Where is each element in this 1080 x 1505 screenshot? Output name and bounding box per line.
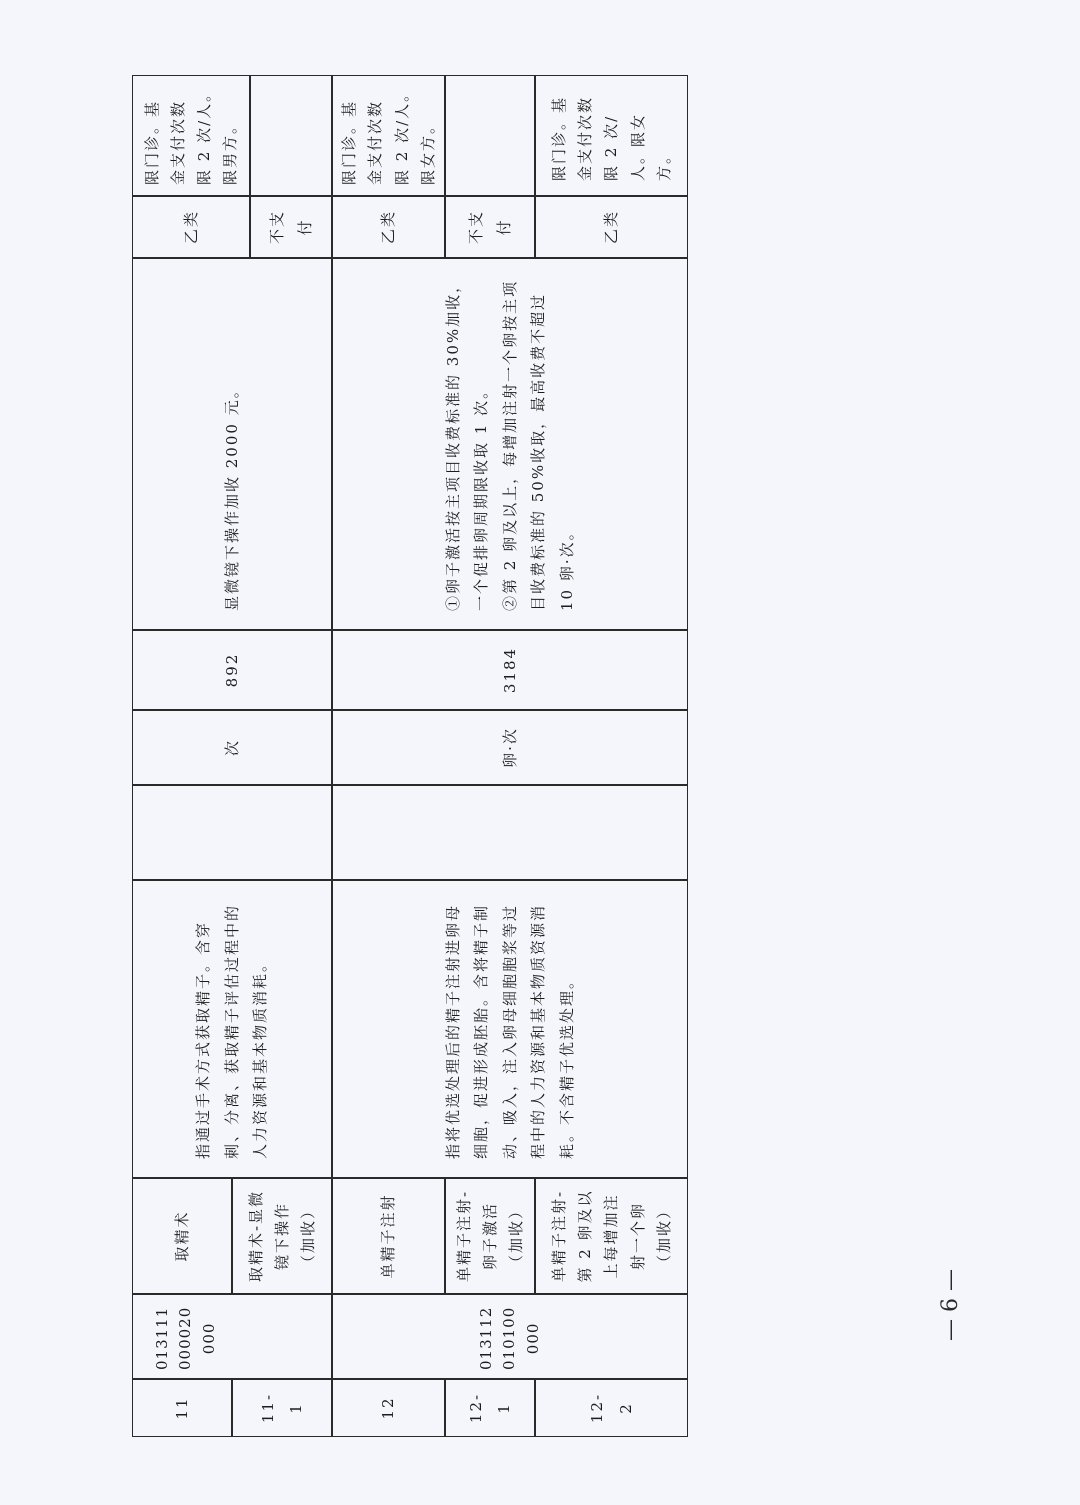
cell-excluded	[332, 785, 688, 880]
cell-note: 显微镜下操作加收 2000 元。	[132, 258, 332, 630]
cell-category: 不支付	[445, 196, 535, 258]
cell-no: 12	[332, 1379, 445, 1437]
cell-category: 乙类	[535, 196, 688, 258]
cell-limit: 限门诊。基金支付次数限 2 次/人。限女方。	[535, 75, 688, 196]
cell-category: 不支付	[250, 196, 332, 258]
cell-unit: 次	[132, 710, 332, 785]
cell-content: 指将优选处理后的精子注射进卵母细胞，促进形成胚胎。含将精子制动、吸入，注入卵母细…	[332, 880, 688, 1178]
cell-name: 单精子注射	[332, 1178, 445, 1294]
cell-no: 11	[132, 1379, 232, 1437]
cell-price: 892	[132, 630, 332, 710]
cell-limit: 限门诊。基金支付次数限 2 次/人。限女方。	[332, 75, 445, 196]
cell-no: 12-1	[445, 1379, 535, 1437]
cell-content: 指通过手术方式获取精子。含穿刺、分离、获取精子评估过程中的人力资源和基本物质消耗…	[132, 880, 332, 1178]
cell-no: 11-1	[232, 1379, 332, 1437]
cell-code: 013112 010100 000	[332, 1294, 688, 1379]
fee-table: 11 11-1 013111 000020 000 取精术 取精术-显微镜下操作…	[132, 75, 688, 1437]
cell-note: ①卵子激活按主项目收费标准的 30%加收，一个促排卵周期限收取 1 次。 ②第 …	[332, 258, 688, 630]
cell-limit	[250, 75, 332, 196]
cell-name: 单精子注射-卵子激活（加收）	[445, 1178, 535, 1294]
cell-category: 乙类	[332, 196, 445, 258]
cell-limit	[445, 75, 535, 196]
cell-name: 取精术	[132, 1178, 232, 1294]
cell-no: 12-2	[535, 1379, 688, 1437]
cell-category: 乙类	[132, 196, 250, 258]
cell-price: 3184	[332, 630, 688, 710]
cell-name: 单精子注射-第 2 卵及以上每增加注射一个卵（加收）	[535, 1178, 688, 1294]
cell-name: 取精术-显微镜下操作（加收）	[232, 1178, 332, 1294]
cell-code: 013111 000020 000	[132, 1294, 332, 1379]
cell-unit: 卵·次	[332, 710, 688, 785]
cell-excluded	[132, 785, 332, 880]
cell-limit: 限门诊。基金支付次数限 2 次/人。限男方。	[132, 75, 250, 196]
page-number: — 6 —	[900, 1290, 1000, 1320]
